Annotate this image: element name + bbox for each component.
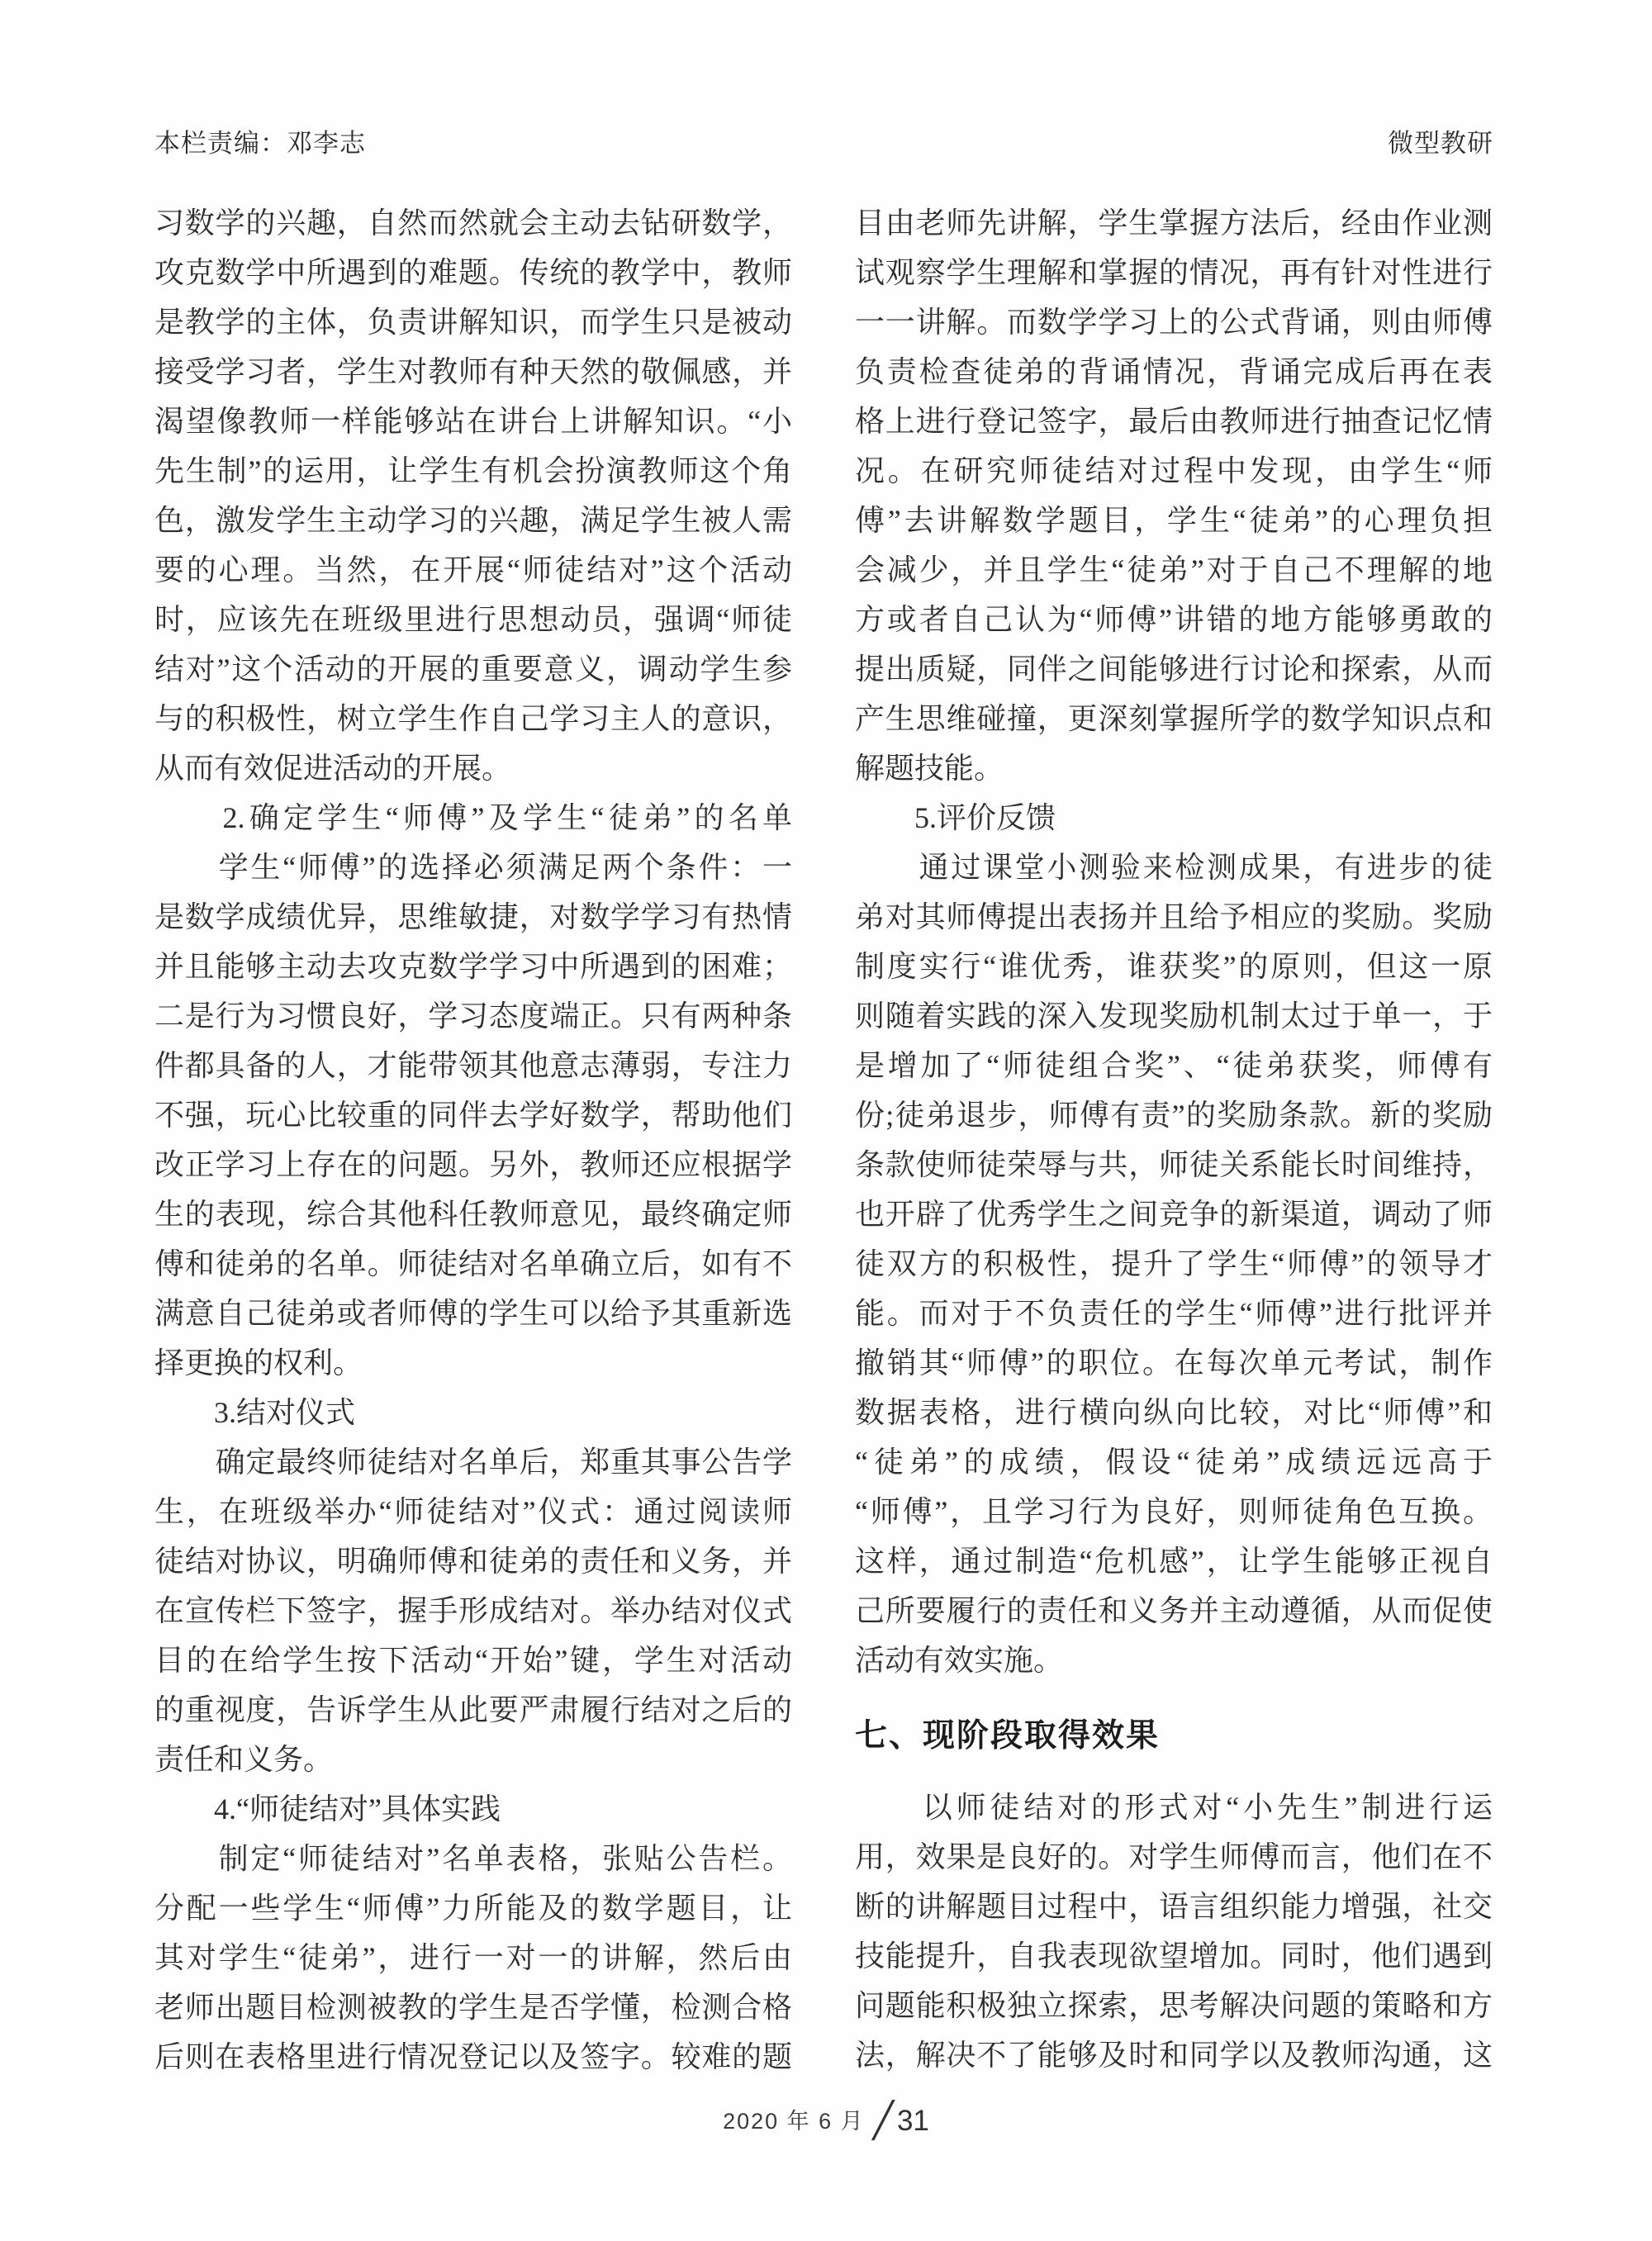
text-line: 生，在班级举办“师徒结对”仪式：通过阅读师 — [154, 1487, 792, 1536]
footer-date: 2020 年 6 月 — [723, 2109, 865, 2134]
section-heading: 七、现阶段取得效果 — [855, 1710, 1493, 1763]
text-line: 其对学生“徒弟”，进行一对一的讲解，然后由 — [154, 1933, 792, 1982]
text-line: 会减少，并且学生“徒弟”对于自己不理解的地 — [855, 545, 1493, 595]
right-column-top-paragraphs: 目由老师先讲解，学生掌握方法后，经由作业测试观察学生理解和掌握的情况，再有针对性… — [855, 198, 1493, 1685]
text-line: 条款使师徒荣辱与共，师徒关系能长时间维持， — [855, 1140, 1493, 1189]
text-line: 这样，通过制造“危机感”，让学生能够正视自 — [855, 1536, 1493, 1586]
text-line: 攻克数学中所遇到的难题。传统的教学中，教师 — [154, 248, 792, 297]
footer-page-number: 31 — [897, 2105, 929, 2137]
text-line: 先生制”的运用，让学生有机会扮演教师这个角 — [154, 446, 792, 496]
text-line: 目由老师先讲解，学生掌握方法后，经由作业测 — [855, 198, 1493, 248]
footer-slash-separator: ╱ — [873, 2101, 894, 2139]
text-line: 活动有效实施。 — [855, 1636, 1493, 1685]
text-line: 己所要履行的责任和义务并主动遵循，从而促使 — [855, 1586, 1493, 1636]
text-line: 试观察学生理解和掌握的情况，再有针对性进行 — [855, 248, 1493, 297]
text-line: 时，应该先在班级里进行思想动员，强调“师徒 — [154, 595, 792, 644]
text-line: 的重视度，告诉学生从此要严肃履行结对之后的 — [154, 1685, 792, 1735]
text-line: 从而有效促进活动的开展。 — [154, 743, 792, 793]
text-line: 是教学的主体，负责讲解知识，而学生只是被动 — [154, 297, 792, 347]
text-line: 不强，玩心比较重的同伴去学好数学，帮助他们 — [154, 1090, 792, 1140]
text-line: 择更换的权利。 — [154, 1338, 792, 1388]
text-line: 方或者自己认为“师傅”讲错的地方能够勇敢的 — [855, 595, 1493, 644]
text-line: 傅和徒弟的名单。师徒结对名单确立后，如有不 — [154, 1239, 792, 1289]
text-line: 结对”这个活动的开展的重要意义，调动学生参 — [154, 644, 792, 694]
text-line: 与的积极性，树立学生作自己学习主人的意识， — [154, 694, 792, 743]
text-line: 后则在表格里进行情况登记以及签字。较难的题 — [154, 2032, 792, 2082]
text-line: 通过课堂小测验来检测成果，有进步的徒 — [855, 843, 1493, 892]
text-line: 徒结对协议，明确师傅和徒弟的责任和义务，并 — [154, 1536, 792, 1586]
text-line: 老师出题目检测被教的学生是否学懂，检测合格 — [154, 1982, 792, 2032]
text-line: 学生“师傅”的选择必须满足两个条件：一 — [154, 843, 792, 892]
text-line: 2.确定学生“师傅”及学生“徒弟”的名单 — [154, 793, 792, 843]
text-line: 要的心理。当然，在开展“师徒结对”这个活动 — [154, 545, 792, 595]
text-line: 确定最终师徒结对名单后，郑重其事公告学 — [154, 1437, 792, 1487]
page-footer: 2020 年 6 月 ╱ 31 — [0, 2100, 1652, 2140]
text-line: 负责检查徒弟的背诵情况，背诵完成后再在表 — [855, 347, 1493, 396]
text-line: 格上进行登记签字，最后由教师进行抽查记忆情 — [855, 396, 1493, 446]
text-line: 3.结对仪式 — [154, 1388, 792, 1437]
text-line: 技能提升，自我表现欲望增加。同时，他们遇到 — [855, 1931, 1493, 1981]
text-line: 并且能够主动去攻克数学学习中所遇到的困难； — [154, 942, 792, 991]
text-line: 二是行为习惯良好，学习态度端正。只有两种条 — [154, 991, 792, 1041]
column-editor-label: 本栏责编：邓李志 — [154, 122, 366, 159]
text-line: 弟对其师傅提出表扬并且给予相应的奖励。奖励 — [855, 892, 1493, 942]
text-line: 制度实行“谁优秀，谁获奖”的原则，但这一原 — [855, 942, 1493, 991]
right-column-bottom-paragraph: 以师徒结对的形式对“小先生”制进行运用，效果是良好的。对学生师傅而言，他们在不断… — [855, 1783, 1493, 2080]
text-line: 是数学成绩优异，思维敏捷，对数学学习有热情 — [154, 892, 792, 942]
text-line: 色，激发学生主动学习的兴趣，满足学生被人需 — [154, 496, 792, 545]
text-line: 在宣传栏下签字，握手形成结对。举办结对仪式 — [154, 1586, 792, 1636]
text-line: 断的讲解题目过程中，语言组织能力增强，社交 — [855, 1882, 1493, 1931]
section-name-label: 微型教研 — [1388, 122, 1493, 159]
text-line: 制定“师徒结对”名单表格，张贴公告栏。 — [154, 1834, 792, 1883]
text-line: 法，解决不了能够及时和同学以及教师沟通，这 — [855, 2030, 1493, 2080]
text-line: 件都具备的人，才能带领其他意志薄弱，专注力 — [154, 1041, 792, 1090]
text-line: 用，效果是良好的。对学生师傅而言，他们在不 — [855, 1832, 1493, 1882]
text-line: 是增加了“师徒组合奖”、“徒弟获奖，师傅有 — [855, 1041, 1493, 1090]
text-line: 改正学习上存在的问题。另外，教师还应根据学 — [154, 1140, 792, 1189]
text-line: 解题技能。 — [855, 743, 1493, 793]
text-line: 则随着实践的深入发现奖励机制太过于单一，于 — [855, 991, 1493, 1041]
text-line: 生的表现，综合其他科任教师意见，最终确定师 — [154, 1189, 792, 1239]
text-line: 分配一些学生“师傅”力所能及的数学题目，让 — [154, 1883, 792, 1933]
text-line: 徒双方的积极性，提升了学生“师傅”的领导才 — [855, 1239, 1493, 1289]
text-line: 傅”去讲解数学题目，学生“徒弟”的心理负担 — [855, 496, 1493, 545]
text-line: 目的在给学生按下活动“开始”键，学生对活动 — [154, 1636, 792, 1685]
text-line: 数据表格，进行横向纵向比较，对比“师傅”和 — [855, 1388, 1493, 1437]
left-text-column: 习数学的兴趣，自然而然就会主动去钻研数学，攻克数学中所遇到的难题。传统的教学中，… — [154, 198, 792, 2082]
text-line: 也开辟了优秀学生之间竞争的新渠道，调动了师 — [855, 1189, 1493, 1239]
text-line: 4.“师徒结对”具体实践 — [154, 1784, 792, 1834]
text-line: 能。而对于不负责任的学生“师傅”进行批评并 — [855, 1289, 1493, 1338]
text-line: 5.评价反馈 — [855, 793, 1493, 843]
text-line: 满意自己徒弟或者师傅的学生可以给予其重新选 — [154, 1289, 792, 1338]
text-line: 习数学的兴趣，自然而然就会主动去钻研数学， — [154, 198, 792, 248]
text-line: 份;徒弟退步，师傅有责”的奖励条款。新的奖励 — [855, 1090, 1493, 1140]
text-line: 况。在研究师徒结对过程中发现，由学生“师 — [855, 446, 1493, 496]
text-line: 撤销其“师傅”的职位。在每次单元考试，制作 — [855, 1338, 1493, 1388]
text-line: “徒弟”的成绩，假设“徒弟”成绩远远高于 — [855, 1437, 1493, 1487]
text-line: 提出质疑，同伴之间能够进行讨论和探索，从而 — [855, 644, 1493, 694]
text-line: 产生思维碰撞，更深刻掌握所学的数学知识点和 — [855, 694, 1493, 743]
text-line: “师傅”，且学习行为良好，则师徒角色互换。 — [855, 1487, 1493, 1536]
text-line: 问题能积极独立探索，思考解决问题的策略和方 — [855, 1981, 1493, 2030]
text-line: 渴望像教师一样能够站在讲台上讲解知识。“小 — [154, 396, 792, 446]
text-line: 接受学习者，学生对教师有种天然的敬佩感，并 — [154, 347, 792, 396]
right-text-column: 目由老师先讲解，学生掌握方法后，经由作业测试观察学生理解和掌握的情况，再有针对性… — [855, 198, 1493, 2080]
text-line: 责任和义务。 — [154, 1735, 792, 1784]
journal-page: 本栏责编：邓李志 微型教研 习数学的兴趣，自然而然就会主动去钻研数学，攻克数学中… — [0, 0, 1652, 2241]
text-line: 一一讲解。而数学学习上的公式背诵，则由师傅 — [855, 297, 1493, 347]
text-line: 以师徒结对的形式对“小先生”制进行运 — [855, 1783, 1493, 1832]
